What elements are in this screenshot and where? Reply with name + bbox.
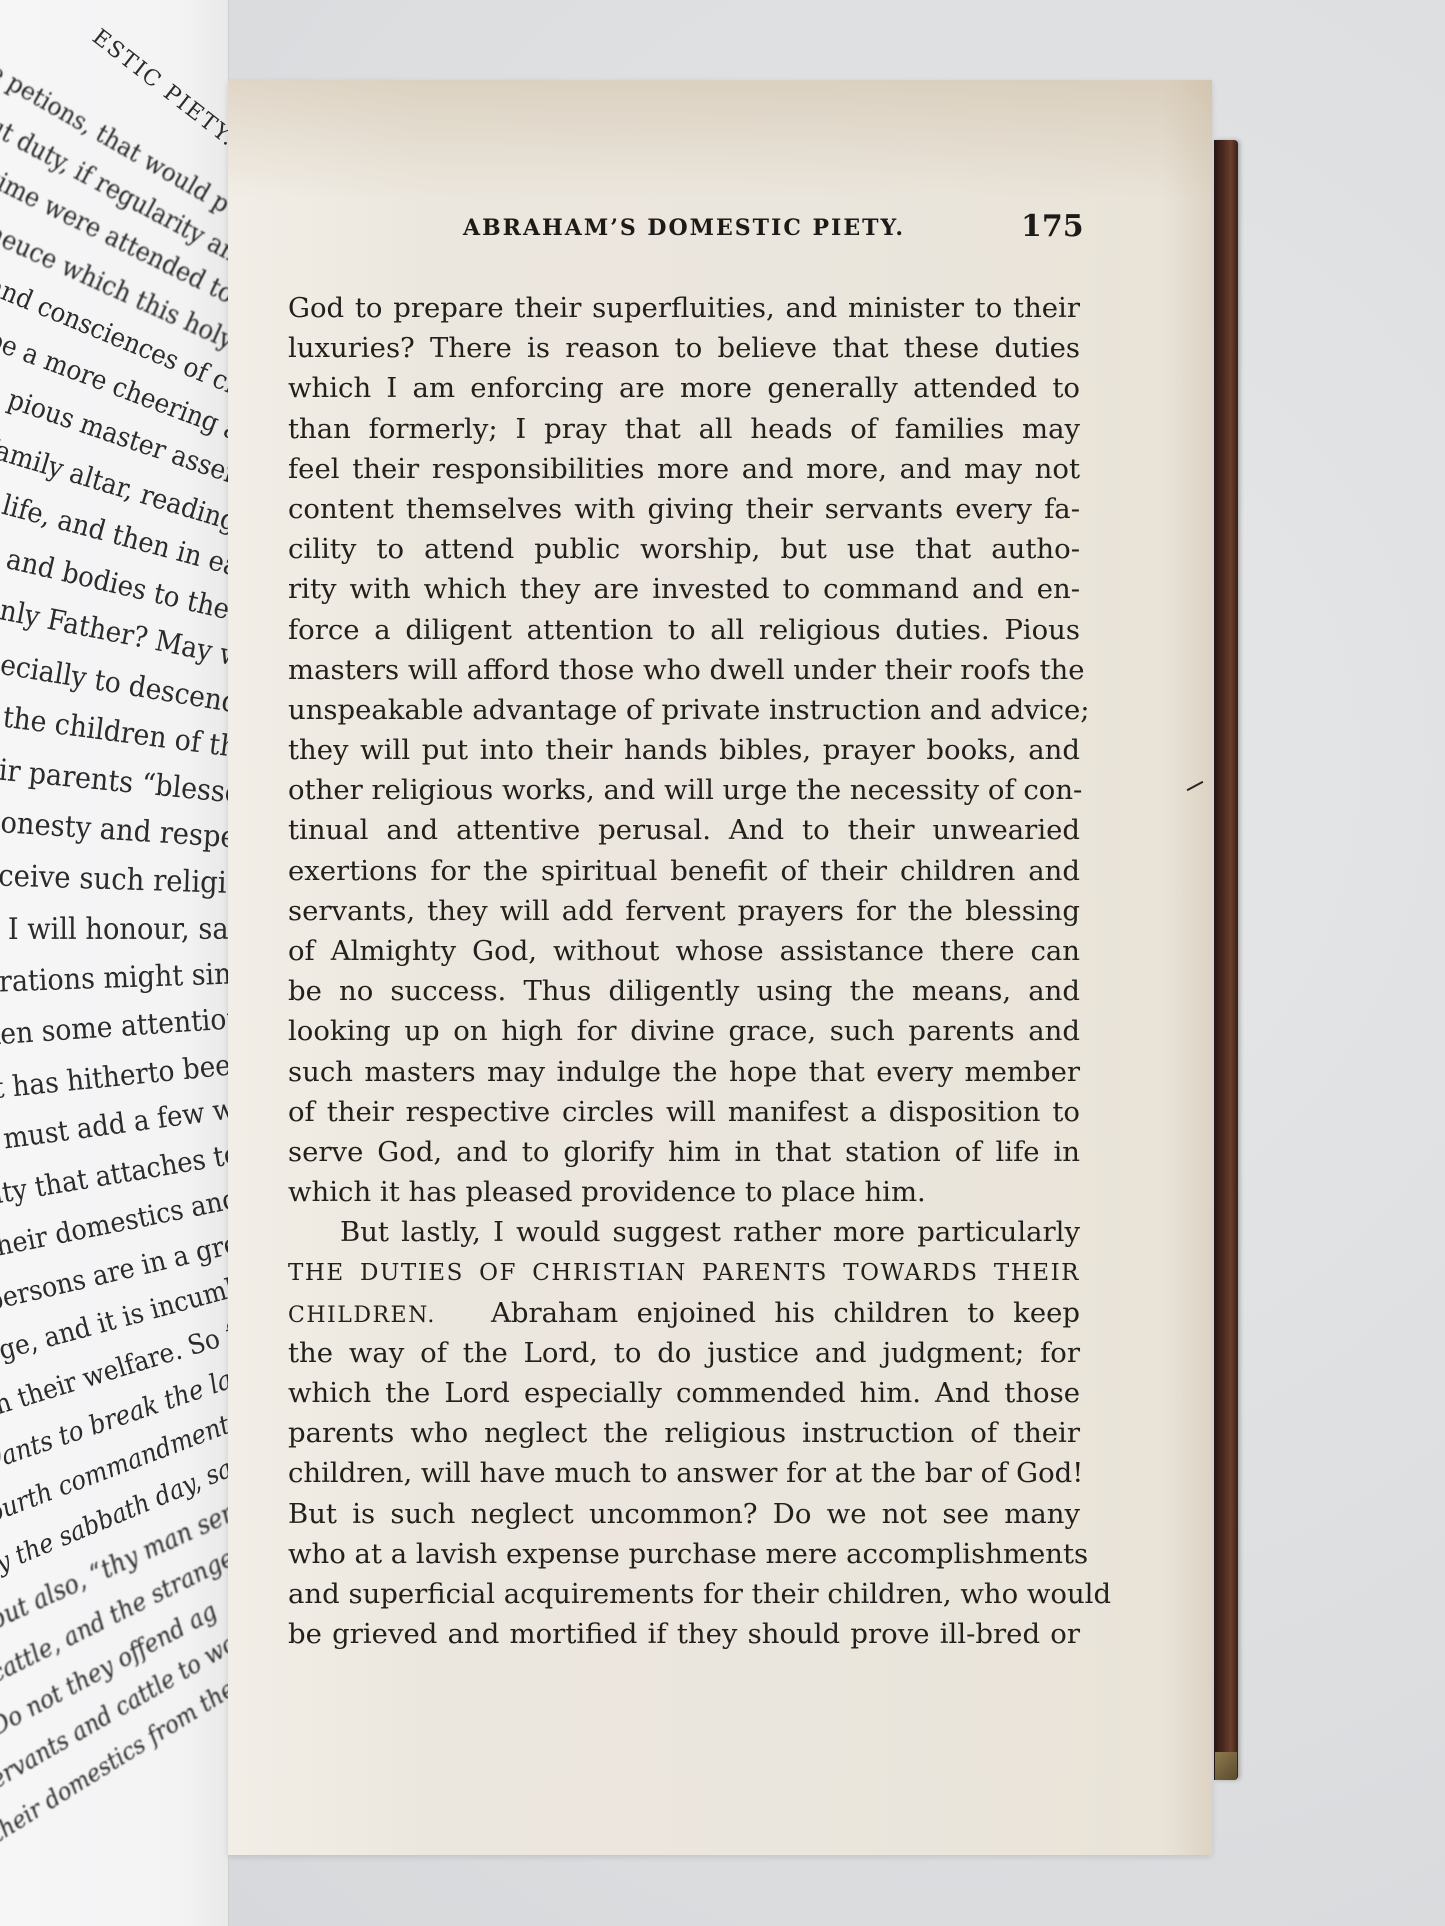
text-line: tinual and attentive perusal. And to the… [288,810,1080,850]
book-cover-corner [1215,1752,1237,1780]
text-line: which the Lord especially commended him.… [288,1373,1080,1413]
text-line: parents who neglect the religious instru… [288,1413,1080,1453]
text-line: cility to attend public worship, but use… [288,529,1080,569]
left-page: ESTIC PIETY. e petions, that would put d… [0,0,229,1926]
text-line: looking up on high for divine grace, suc… [288,1011,1080,1051]
left-text-line: e I will honour, saith the [0,911,229,946]
running-title: ABRAHAM’S DOMESTIC PIETY. [463,215,905,241]
right-page: ABRAHAM’S DOMESTIC PIETY. 175 God to pre… [228,80,1212,1855]
body-text: God to prepare their superfluities, and … [288,288,1080,1654]
text-line: be grieved and mortified if they should … [288,1614,1080,1654]
left-text-line: erations might sink into [0,953,229,998]
text-line: servants, they will add fervent prayers … [288,891,1080,931]
text-line: feel their responsibilities more and mor… [288,449,1080,489]
text-line: and superficial acquirements for their c… [288,1574,1080,1614]
text-line: serve God, and to glorify him in that st… [288,1132,1080,1172]
left-text-line: eceive such religious impr [0,858,229,905]
paper-blemish [1187,781,1204,791]
text-line: But is such neglect uncommon? Do we not … [288,1494,1080,1534]
text-line: which I am enforcing are more generally … [288,368,1080,408]
text-line: such masters may indulge the hope that e… [288,1052,1080,1092]
text-line: unspeakable advantage of private instruc… [288,690,1080,730]
text-line: rity with which they are invested to com… [288,569,1080,609]
small-caps-word: CHILDREN. [288,1303,436,1328]
book-cover-edge [1214,140,1238,1780]
text-line: than formerly; I pray that all heads of … [288,409,1080,449]
text-line: of Almighty God, without whose assistanc… [288,931,1080,971]
text-line: content themselves with giving their ser… [288,489,1080,529]
text-line: children, will have much to answer for a… [288,1453,1080,1493]
text-line: masters will afford those who dwell unde… [288,650,1080,690]
text-line: God to prepare their superfluities, and … [288,288,1080,328]
text-line: they will put into their hands bibles, p… [288,730,1080,770]
small-caps-line: THE DUTIES OF CHRISTIAN PARENTS TOWARDS … [288,1253,1080,1293]
text-line: other religious works, and will urge the… [288,770,1080,810]
text-line: who at a lavish expense purchase mere ac… [288,1534,1080,1574]
text-line: force a diligent attention to all religi… [288,610,1080,650]
page-number: 175 [1021,209,1084,244]
text-line: which it has pleased providence to place… [288,1172,1080,1212]
left-text-line: honesty and respectful [0,804,229,859]
running-head: ABRAHAM’S DOMESTIC PIETY. 175 [228,215,1212,255]
text-line: of their respective circles will manifes… [288,1092,1080,1132]
paragraph-2: But lastly, I would suggest rather more … [288,1212,1080,1654]
text-line: luxuries? There is reason to believe tha… [288,328,1080,368]
left-text-line: ken some attention to th [0,996,229,1052]
left-text-line: eir parents “blessed?” [0,751,229,814]
text-line: be no success. Thus diligently using the… [288,971,1080,1011]
text-fragment: Abraham enjoined his children to keep [491,1297,1080,1329]
text-line: the way of the Lord, to do justice and j… [288,1333,1080,1373]
text-line: exertions for the spiritual benefit of t… [288,851,1080,891]
text-line: CHILDREN. Abraham enjoined his children … [288,1293,1080,1333]
text-line: But lastly, I would suggest rather more … [288,1212,1080,1252]
paragraph-1: God to prepare their superfluities, and … [288,288,1080,1212]
